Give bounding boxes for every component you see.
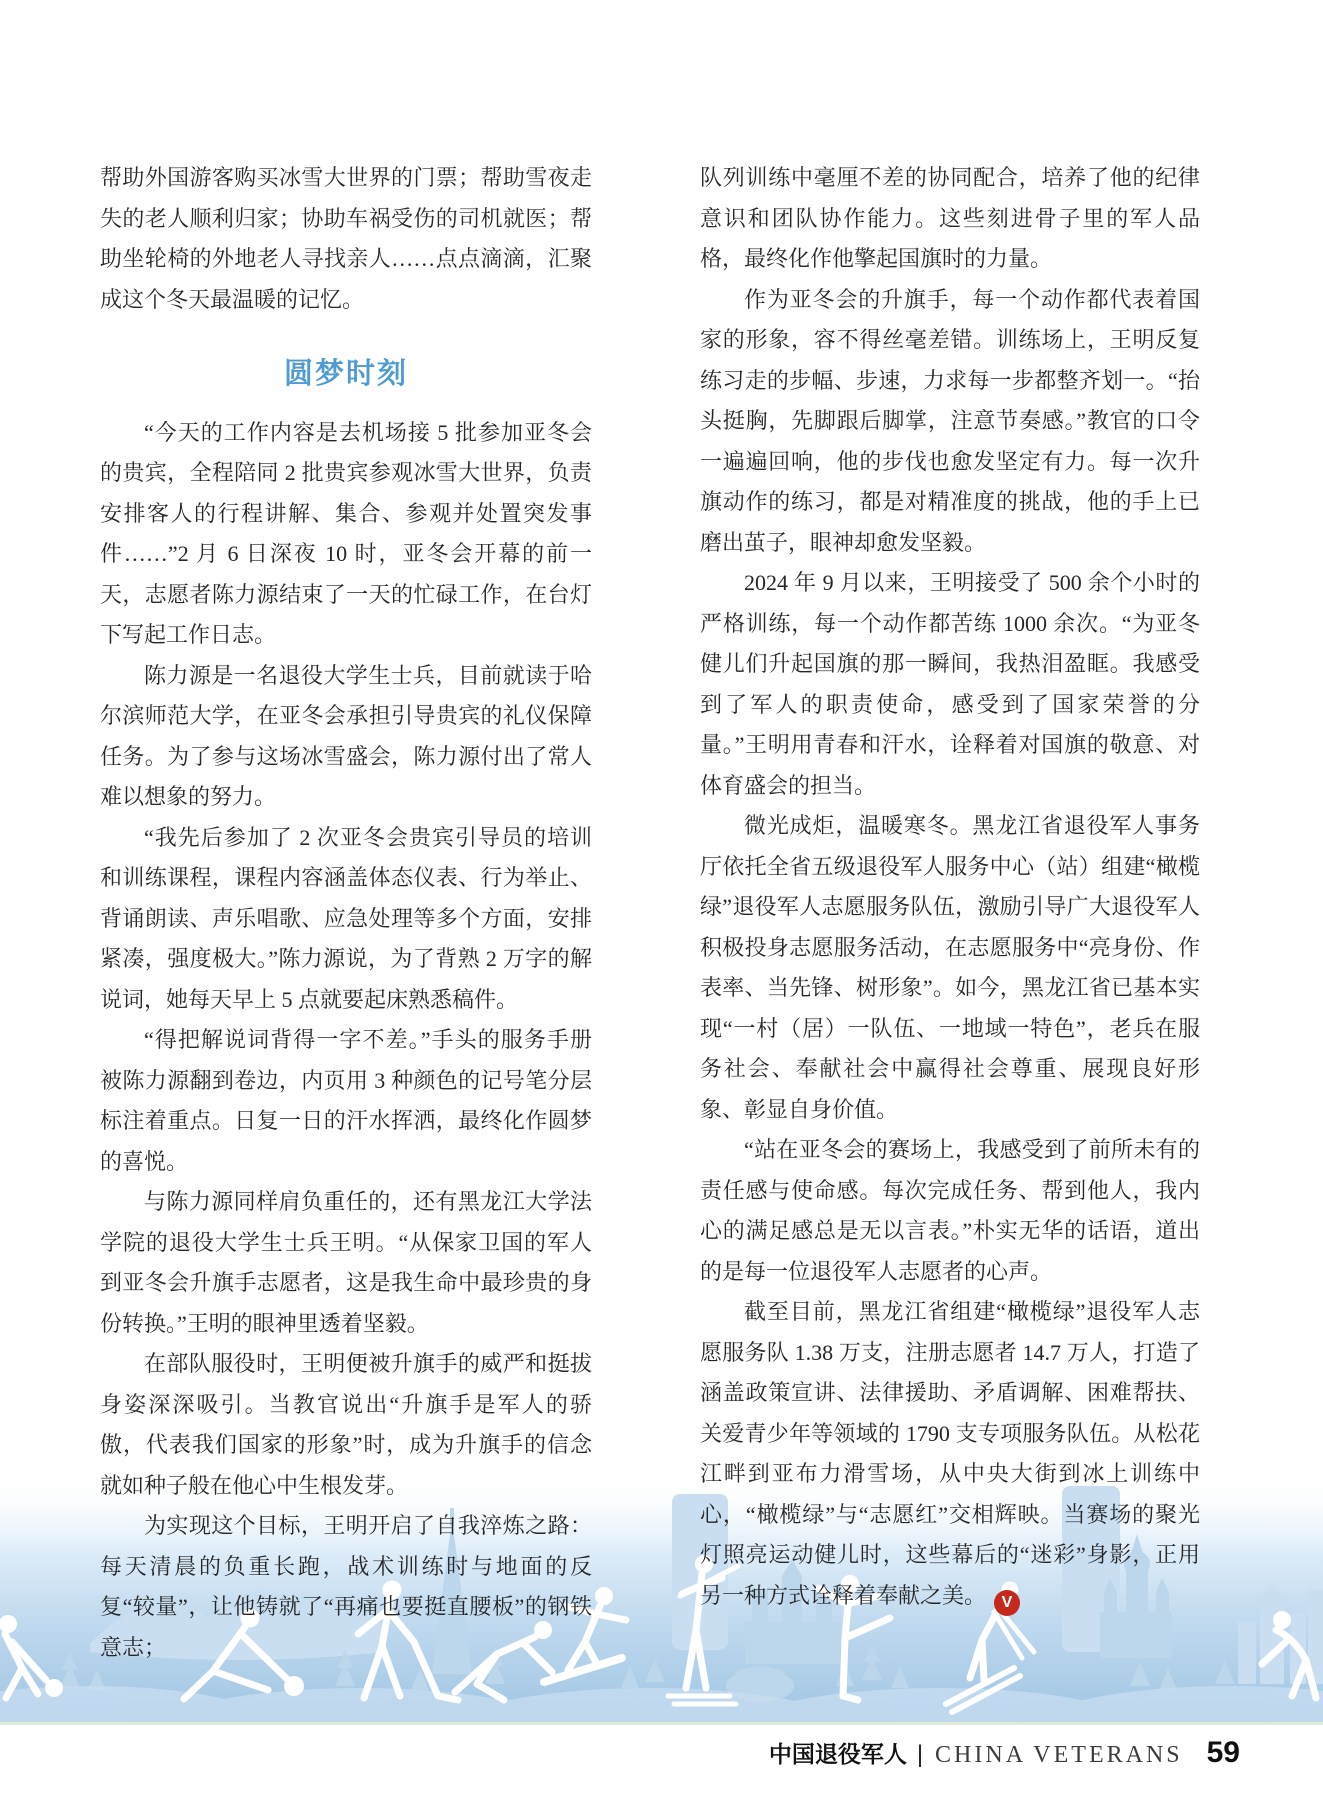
text-column-left: 帮助外国游客购买冰雪大世界的门票；帮助雪夜走失的老人顺利归家；协助车祸受伤的司机… <box>100 158 592 1668</box>
page-number: 59 <box>1207 1736 1240 1769</box>
body-paragraph: 微光成炬，温暖寒冬。黑龙江省退役军人事务厅依托全省五级退役军人服务中心（站）组建… <box>700 806 1200 1130</box>
magazine-title-cn: 中国退役军人 <box>769 1741 907 1767</box>
footer-info: 中国退役军人|CHINA VETERANS59 <box>0 1736 1240 1770</box>
left-paragraph-list: “今天的工作内容是去机场接 5 批参加亚冬会的贵宾，全程陪同 2 批贵宾参观冰雪… <box>100 413 592 1669</box>
body-paragraph: 队列训练中毫厘不差的协同配合，培养了他的纪律意识和团队协作能力。这些刻进骨子里的… <box>700 158 1200 280</box>
magazine-title-en: CHINA VETERANS <box>935 1742 1183 1768</box>
body-paragraph: 陈力源是一名退役大学生士兵，目前就读于哈尔滨师范大学，在亚冬会承担引导贵宾的礼仪… <box>100 656 592 818</box>
magazine-page: 帮助外国游客购买冰雪大世界的门票；帮助雪夜走失的老人顺利归家；协助车祸受伤的司机… <box>0 0 1323 1795</box>
section-heading: 圆梦时刻 <box>100 354 592 395</box>
body-paragraph: 截至目前，黑龙江省组建“橄榄绿”退役军人志愿服务队 1.38 万支，注册志愿者 … <box>700 1292 1200 1616</box>
body-paragraph: “得把解说词背得一字不差。”手头的服务手册被陈力源翻到卷边，内页用 3 种颜色的… <box>100 1020 592 1182</box>
body-paragraph: 2024 年 9 月以来，王明接受了 500 余个小时的严格训练，每一个动作都苦… <box>700 563 1200 806</box>
body-paragraph: “我先后参加了 2 次亚冬会贵宾引导员的培训和训练课程，课程内容涵盖体态仪表、行… <box>100 818 592 1021</box>
body-paragraph: 为实现这个目标，王明开启了自我淬炼之路：每天清晨的负重长跑，战术训练时与地面的反… <box>100 1506 592 1668</box>
body-paragraph: 作为亚冬会的升旗手，每一个动作都代表着国家的形象，容不得丝毫差错。训练场上，王明… <box>700 280 1200 564</box>
body-paragraph: “站在亚冬会的赛场上，我感受到了前所未有的责任感与使命感。每次完成任务、帮到他人… <box>700 1130 1200 1292</box>
body-paragraph: 帮助外国游客购买冰雪大世界的门票；帮助雪夜走失的老人顺利归家；协助车祸受伤的司机… <box>100 158 592 320</box>
text-column-right: 队列训练中毫厘不差的协同配合，培养了他的纪律意识和团队协作能力。这些刻进骨子里的… <box>700 158 1200 1616</box>
footer-separator: | <box>917 1741 923 1768</box>
body-paragraph: 与陈力源同样肩负重任的，还有黑龙江大学法学院的退役大学生士兵王明。“从保家卫国的… <box>100 1182 592 1344</box>
body-paragraph: 在部队服役时，王明便被升旗手的威严和挺拔身姿深深吸引。当教官说出“升旗手是军人的… <box>100 1344 592 1506</box>
right-paragraph-list: 队列训练中毫厘不差的协同配合，培养了他的纪律意识和团队协作能力。这些刻进骨子里的… <box>700 158 1200 1616</box>
band-divider-line <box>0 1722 1323 1725</box>
article-end-badge: V <box>994 1590 1020 1616</box>
body-paragraph: “今天的工作内容是去机场接 5 批参加亚冬会的贵宾，全程陪同 2 批贵宾参观冰雪… <box>100 413 592 656</box>
